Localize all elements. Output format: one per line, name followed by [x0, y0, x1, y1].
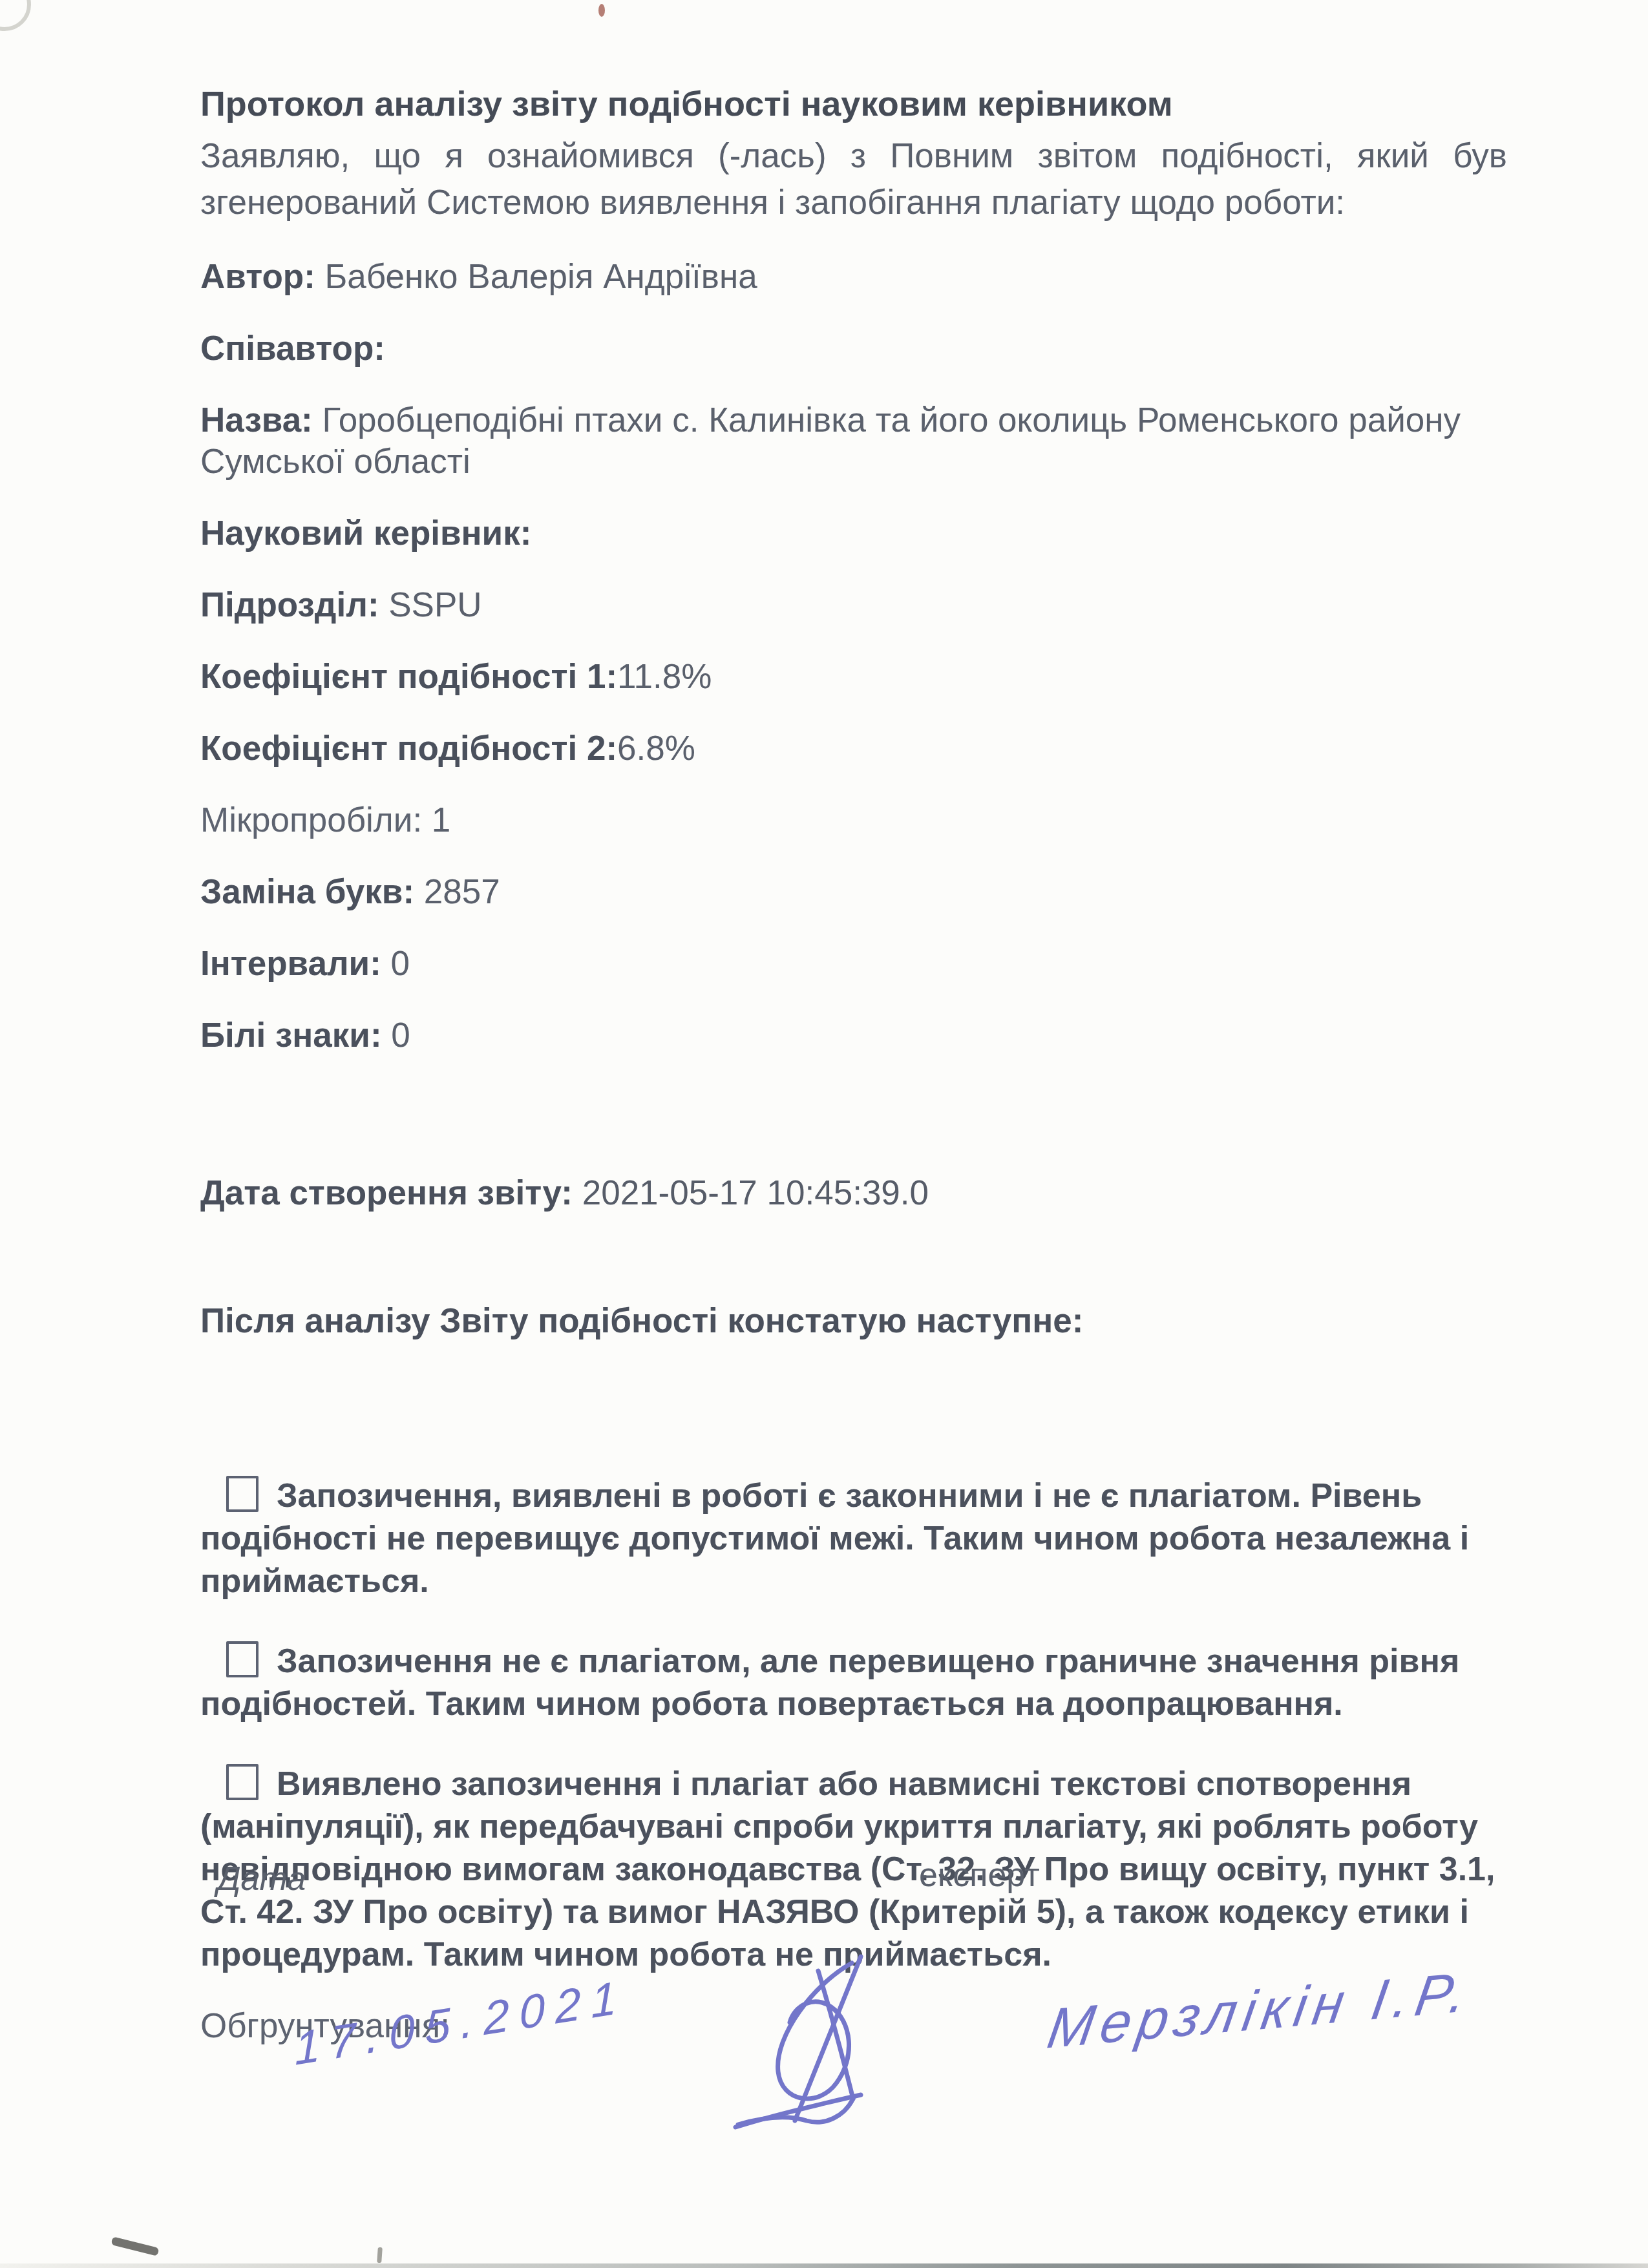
- field-department-value: SSPU: [379, 586, 482, 624]
- option-text-rework: Запозичення не є плагіатом, але перевище…: [200, 1643, 1459, 1723]
- field-author-value: Бабенко Валерія Андріївна: [315, 258, 757, 296]
- intro-paragraph: Заявляю, що я ознайомився (-лась) з Повн…: [200, 133, 1507, 226]
- expert-caption: експерт: [919, 1856, 1040, 1895]
- date-caption: Дата: [217, 1860, 306, 1898]
- field-letter-substitution-label: Заміна букв:: [200, 873, 414, 911]
- field-intervals-label: Інтервали:: [200, 945, 381, 983]
- field-work-title: Назва: Горобцеподібні птахи с. Калинівка…: [200, 400, 1507, 483]
- field-work-title-label: Назва:: [200, 401, 313, 439]
- option-paragraph-legal: Запозичення, виявлені в роботі є законни…: [200, 1475, 1507, 1602]
- field-similarity-1-label: Коефіцієнт подібності 1:: [200, 658, 617, 696]
- option-checkbox-rejected[interactable]: [226, 1764, 259, 1800]
- field-similarity-2-label: Коефіцієнт подібності 2:: [200, 730, 617, 768]
- option-text-legal: Запозичення, виявлені в роботі є законни…: [200, 1477, 1469, 1600]
- page-title: Протокол аналізу звіту подібності науков…: [200, 83, 1507, 125]
- field-similarity-coefficient-2: Коефіцієнт подібності 2:6.8%: [200, 728, 1507, 770]
- option-paragraph-rework: Запозичення не є плагіатом, але перевище…: [200, 1640, 1507, 1725]
- field-microspaces: Мікропробіли: 1: [200, 800, 1507, 841]
- report-date-line: Дата створення звіту: 2021-05-17 10:45:3…: [200, 1172, 1507, 1215]
- field-similarity-2-value: 6.8%: [617, 730, 695, 768]
- signature-flourish-icon: [698, 1945, 976, 2145]
- field-white-signs-value: 0: [382, 1016, 410, 1055]
- scan-artifact-dot: [598, 4, 605, 17]
- field-author: Автор: Бабенко Валерія Андріївна: [200, 257, 1507, 298]
- field-department-label: Підрозділ:: [200, 586, 379, 624]
- option-checkbox-legal[interactable]: [226, 1476, 259, 1512]
- report-date-value: 2021-05-17 10:45:39.0: [573, 1174, 929, 1212]
- report-date-block: Дата створення звіту: 2021-05-17 10:45:3…: [200, 1087, 1507, 1428]
- field-supervisor: Науковий керівник:: [200, 513, 1507, 554]
- field-similarity-1-value: 11.8%: [617, 658, 712, 696]
- conclusion-line: Після аналізу Звіту подібності констатую…: [200, 1300, 1507, 1343]
- handwritten-signature: [698, 1945, 976, 2148]
- scan-artifact-corner: [0, 0, 31, 31]
- field-coauthor: Співавтор:: [200, 328, 1507, 370]
- scan-artifact-tick: [377, 2247, 383, 2263]
- field-letter-substitution-value: 2857: [414, 873, 500, 911]
- field-coauthor-label: Співавтор:: [200, 330, 385, 368]
- signature-row: Дата експерт: [200, 1860, 1507, 1905]
- field-microspaces-label: Мікропробіли:: [200, 801, 422, 839]
- field-white-signs: Білі знаки: 0: [200, 1015, 1507, 1056]
- report-date-label: Дата створення звіту:: [200, 1174, 573, 1212]
- option-checkbox-rework[interactable]: [226, 1641, 259, 1677]
- field-department: Підрозділ: SSPU: [200, 585, 1507, 626]
- field-intervals-value: 0: [381, 945, 410, 983]
- field-microspaces-value: 1: [422, 801, 450, 839]
- field-letter-substitution: Заміна букв: 2857: [200, 872, 1507, 913]
- field-supervisor-label: Науковий керівник:: [200, 514, 531, 552]
- scan-artifact-streak: [111, 2236, 160, 2256]
- scan-artifact-bottom-edge: [0, 2263, 1648, 2268]
- field-author-label: Автор:: [200, 258, 315, 296]
- field-similarity-coefficient-1: Коефіцієнт подібності 1:11.8%: [200, 656, 1507, 698]
- field-white-signs-label: Білі знаки:: [200, 1016, 382, 1055]
- scanned-document-page: Протокол аналізу звіту подібності науков…: [0, 0, 1648, 2268]
- document-content: Протокол аналізу звіту подібності науков…: [200, 83, 1507, 2047]
- field-work-title-value: Горобцеподібні птахи с. Калинівка та йог…: [200, 401, 1470, 481]
- field-intervals: Інтервали: 0: [200, 943, 1507, 985]
